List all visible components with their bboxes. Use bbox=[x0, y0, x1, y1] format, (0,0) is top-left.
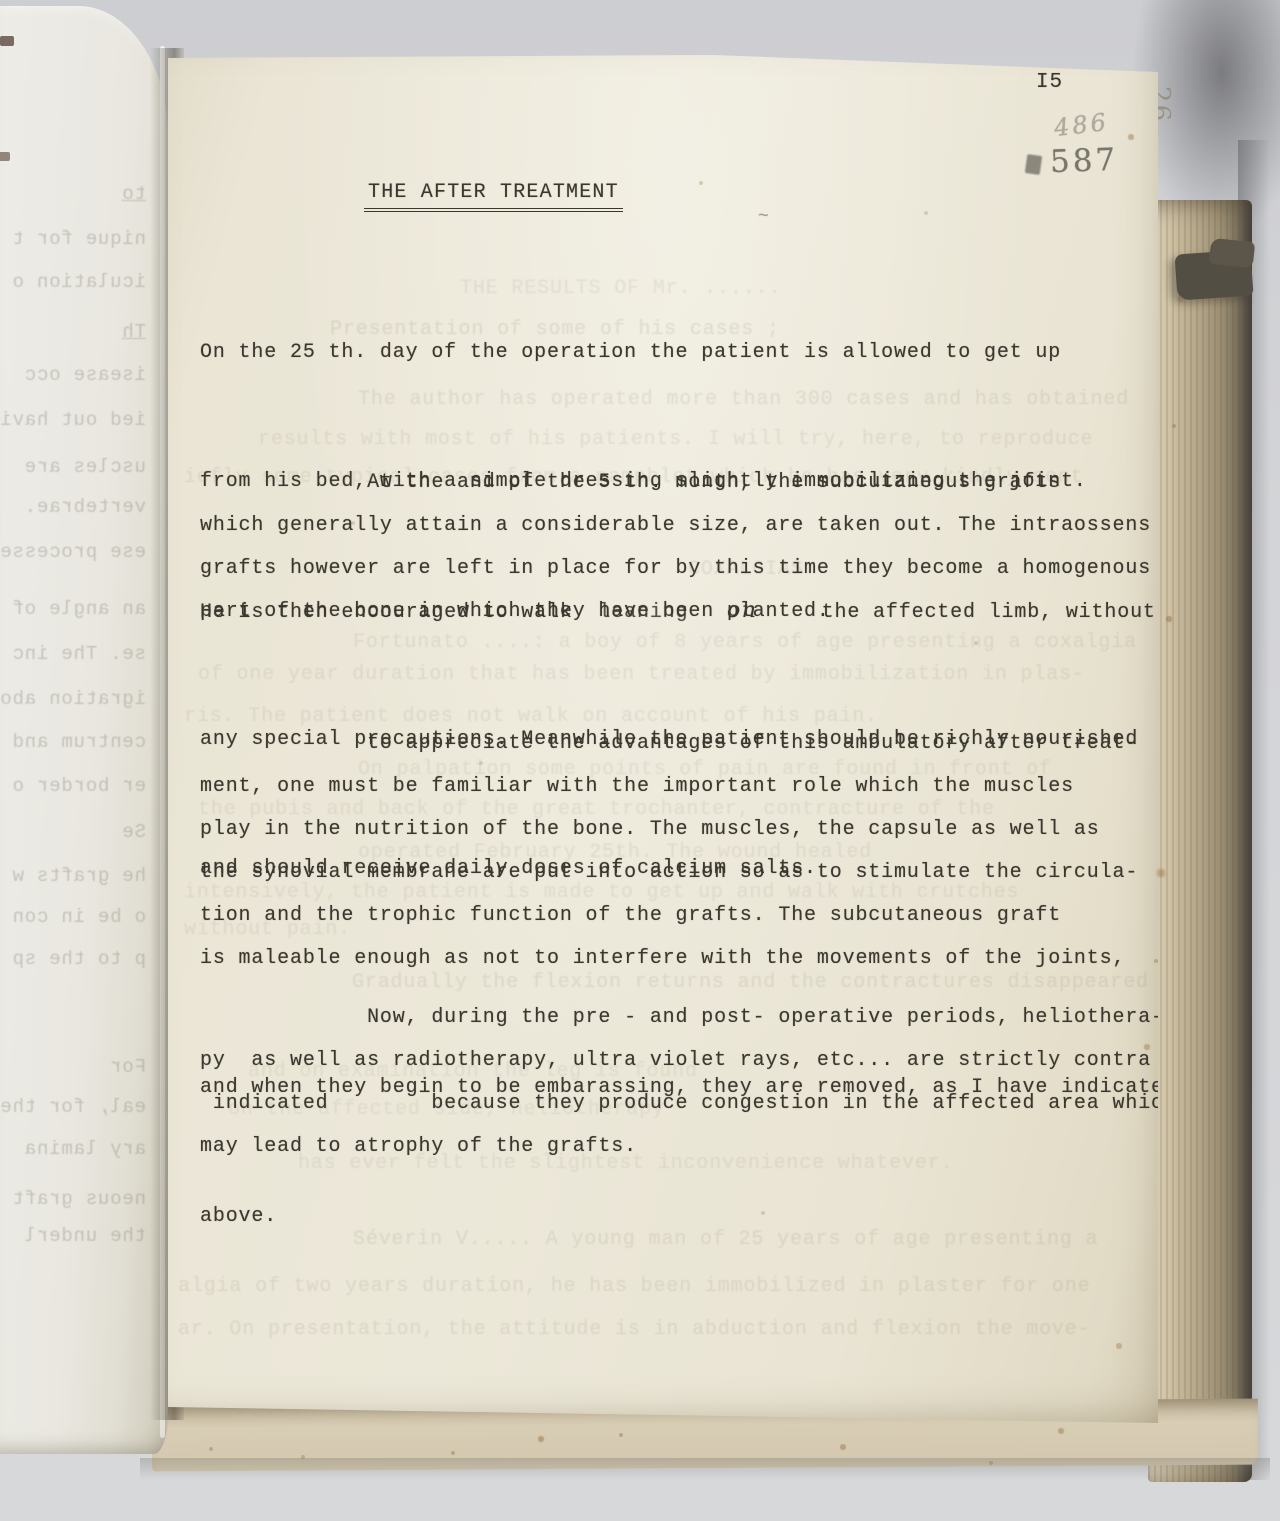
fore-edge-dark-chunk-small bbox=[1209, 238, 1255, 268]
mirrored-text-fragment: p to the sp bbox=[12, 948, 146, 970]
mirrored-text-fragment: isease occ bbox=[24, 364, 146, 386]
page-number: I5 bbox=[1036, 71, 1063, 94]
mirrored-text-fragment: an angle of bbox=[12, 598, 146, 620]
mirrored-text-fragment: ese processes bbox=[0, 541, 146, 563]
mirrored-text-fragment: vertebrae. bbox=[24, 496, 146, 518]
document-page: THE RESULTS OF Mr. ......Presentation of… bbox=[168, 55, 1158, 1423]
mirrored-text-fragment: igration abo bbox=[0, 688, 146, 710]
mirrored-text-fragment: eal, for the bbox=[0, 1096, 146, 1118]
paragraph-3-block: to appreciate the advantages of this amb… bbox=[200, 722, 1177, 980]
pencil-number-light: 486 bbox=[1052, 108, 1110, 142]
previous-page: tonique for ticulation oThisease occied … bbox=[0, 6, 168, 1454]
page-title: THE AFTER TREATMENT bbox=[364, 181, 623, 212]
mirrored-text-fragment: he grafts w bbox=[12, 865, 146, 887]
book-photo: 26 tonique for ticulation oThisease occi… bbox=[0, 0, 1280, 1521]
mirrored-text-fragment: iculation o bbox=[12, 271, 146, 293]
mirrored-text-fragment: uscles are bbox=[24, 456, 146, 478]
stamp-smudge bbox=[1025, 154, 1042, 175]
mirrored-text-fragment: Se bbox=[122, 821, 146, 843]
mirrored-text-fragment: neous graft bbox=[12, 1188, 146, 1210]
mirrored-text-fragment: the underl bbox=[24, 1225, 146, 1247]
fore-edge-page-stack bbox=[1148, 200, 1252, 1482]
mirrored-text-fragment: centrum and bbox=[12, 731, 146, 753]
mirrored-text-fragment: to bbox=[122, 183, 146, 205]
mirrored-text-fragment: o be in con bbox=[12, 906, 146, 928]
mirrored-text-fragment: ary lamina bbox=[24, 1138, 146, 1160]
paragraph-3: to appreciate the advantages of this amb… bbox=[200, 636, 1177, 1324]
foxing-spots bbox=[0, 0, 2, 2]
mirrored-text-fragment: nique for t bbox=[12, 228, 146, 250]
mirrored-text-fragment: Th bbox=[122, 321, 146, 343]
pencil-number-dark: 587 bbox=[1049, 142, 1118, 180]
mirrored-text-fragment: er border o bbox=[12, 775, 146, 797]
show-through-text-layer: tonique for ticulation oThisease occied … bbox=[0, 6, 154, 1454]
paragraph-2: At the and of the 5 th. month, the subcu… bbox=[200, 461, 1151, 633]
mirrored-text-fragment: For bbox=[109, 1056, 146, 1078]
mirrored-text-fragment: se. The inc bbox=[12, 643, 146, 665]
text-line: above. bbox=[200, 1195, 1177, 1238]
text-line: On the 25 th. day of the operation the p… bbox=[200, 331, 1156, 374]
paragraph-4: Now, during the pre - and post- operativ… bbox=[200, 996, 1177, 1168]
cast-shadow bbox=[140, 1458, 1270, 1480]
mirrored-text-fragment: ied out havi bbox=[0, 409, 146, 431]
pencil-squiggle: ~ bbox=[758, 207, 770, 227]
